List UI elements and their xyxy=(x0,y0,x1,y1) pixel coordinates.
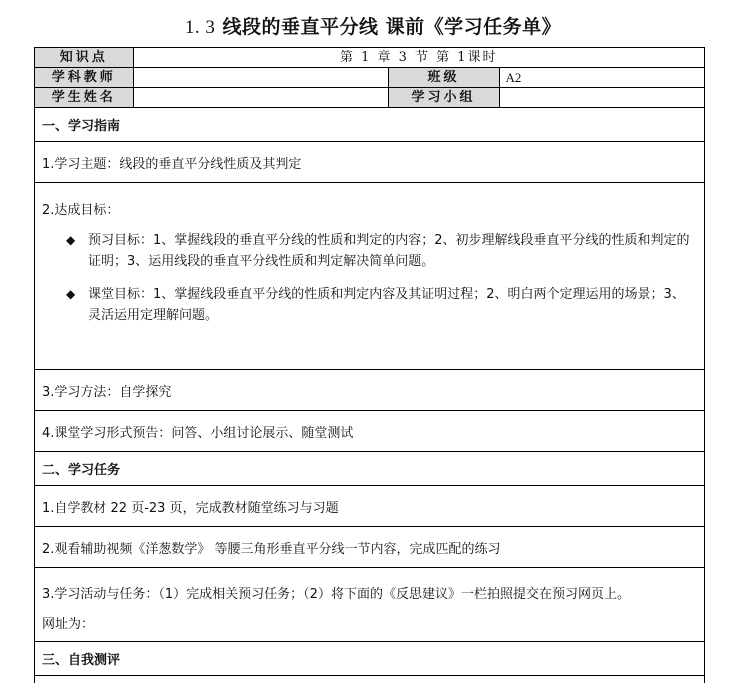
knowledge-row: 知识点 第 1 章 3 节 第 1课时 xyxy=(35,48,704,68)
goal-text: 预习目标：1、掌握线段的垂直平分线的性质和判定的内容；2、初步理解线段垂直平分线… xyxy=(88,230,704,272)
url-label: 网址为： xyxy=(42,610,704,640)
group-field[interactable] xyxy=(499,88,704,108)
goal-item-classroom: ◆ 课堂目标：1、掌握线段垂直平分线的性质和判定内容及其证明过程；2、明白两个定… xyxy=(42,284,704,326)
knowledge-value[interactable]: 第 1 章 3 节 第 1课时 xyxy=(133,48,704,68)
section-heading-tasks: 二、学习任务 xyxy=(35,452,704,486)
class-field[interactable]: A2 xyxy=(499,68,704,88)
learning-goals: 2.达成目标： ◆ 预习目标：1、掌握线段的垂直平分线的性质和判定的内容；2、初… xyxy=(35,183,704,370)
class-format: 4.课堂学习形式预告：问答、小组讨论展示、随堂测试 xyxy=(35,411,704,452)
title-text: 线段的垂直平分线 课前《学习任务单》 xyxy=(215,16,561,38)
task-activity: 3.学习活动与任务：（1）完成相关预习任务；（2）将下面的《反思建议》一栏拍照提… xyxy=(35,568,704,642)
task-item: 1.自学教材 22 页-23 页，完成教材随堂练习与习题 xyxy=(35,486,704,527)
student-field[interactable] xyxy=(133,88,388,108)
continuation-area xyxy=(35,676,704,683)
info-table: 知识点 第 1 章 3 节 第 1课时 学科教师 班级 A2 学生姓名 学习小组 xyxy=(35,47,704,108)
class-label: 班级 xyxy=(388,68,499,88)
teacher-row: 学科教师 班级 A2 xyxy=(35,68,704,88)
section-heading-guide: 一、学习指南 xyxy=(35,108,704,142)
group-label: 学习小组 xyxy=(388,88,499,108)
section-heading-self-eval: 三、自我测评 xyxy=(35,642,704,676)
knowledge-label: 知识点 xyxy=(35,48,133,68)
student-label: 学生姓名 xyxy=(35,88,133,108)
student-row: 学生姓名 学习小组 xyxy=(35,88,704,108)
task-sheet: 知识点 第 1 章 3 节 第 1课时 学科教师 班级 A2 学生姓名 学习小组… xyxy=(34,47,705,683)
diamond-bullet-icon: ◆ xyxy=(66,230,88,272)
learning-topic: 1.学习主题：线段的垂直平分线性质及其判定 xyxy=(35,142,704,183)
task-item: 2.观看辅助视频《洋葱数学》 等腰三角形垂直平分线一节内容，完成匹配的练习 xyxy=(35,527,704,568)
teacher-label: 学科教师 xyxy=(35,68,133,88)
goal-text: 课堂目标：1、掌握线段垂直平分线的性质和判定内容及其证明过程；2、明白两个定理运… xyxy=(88,284,704,326)
diamond-bullet-icon: ◆ xyxy=(66,284,88,326)
goals-heading: 2.达成目标： xyxy=(42,199,704,218)
document-title: 1. 3 线段的垂直平分线 课前《学习任务单》 xyxy=(0,12,746,39)
goal-item-preview: ◆ 预习目标：1、掌握线段的垂直平分线的性质和判定的内容；2、初步理解线段垂直平… xyxy=(42,230,704,272)
teacher-field[interactable] xyxy=(133,68,388,88)
title-number: 1. 3 xyxy=(185,17,216,38)
activity-text: 3.学习活动与任务：（1）完成相关预习任务；（2）将下面的《反思建议》一栏拍照提… xyxy=(42,580,704,610)
learning-method: 3.学习方法：自学探究 xyxy=(35,370,704,411)
